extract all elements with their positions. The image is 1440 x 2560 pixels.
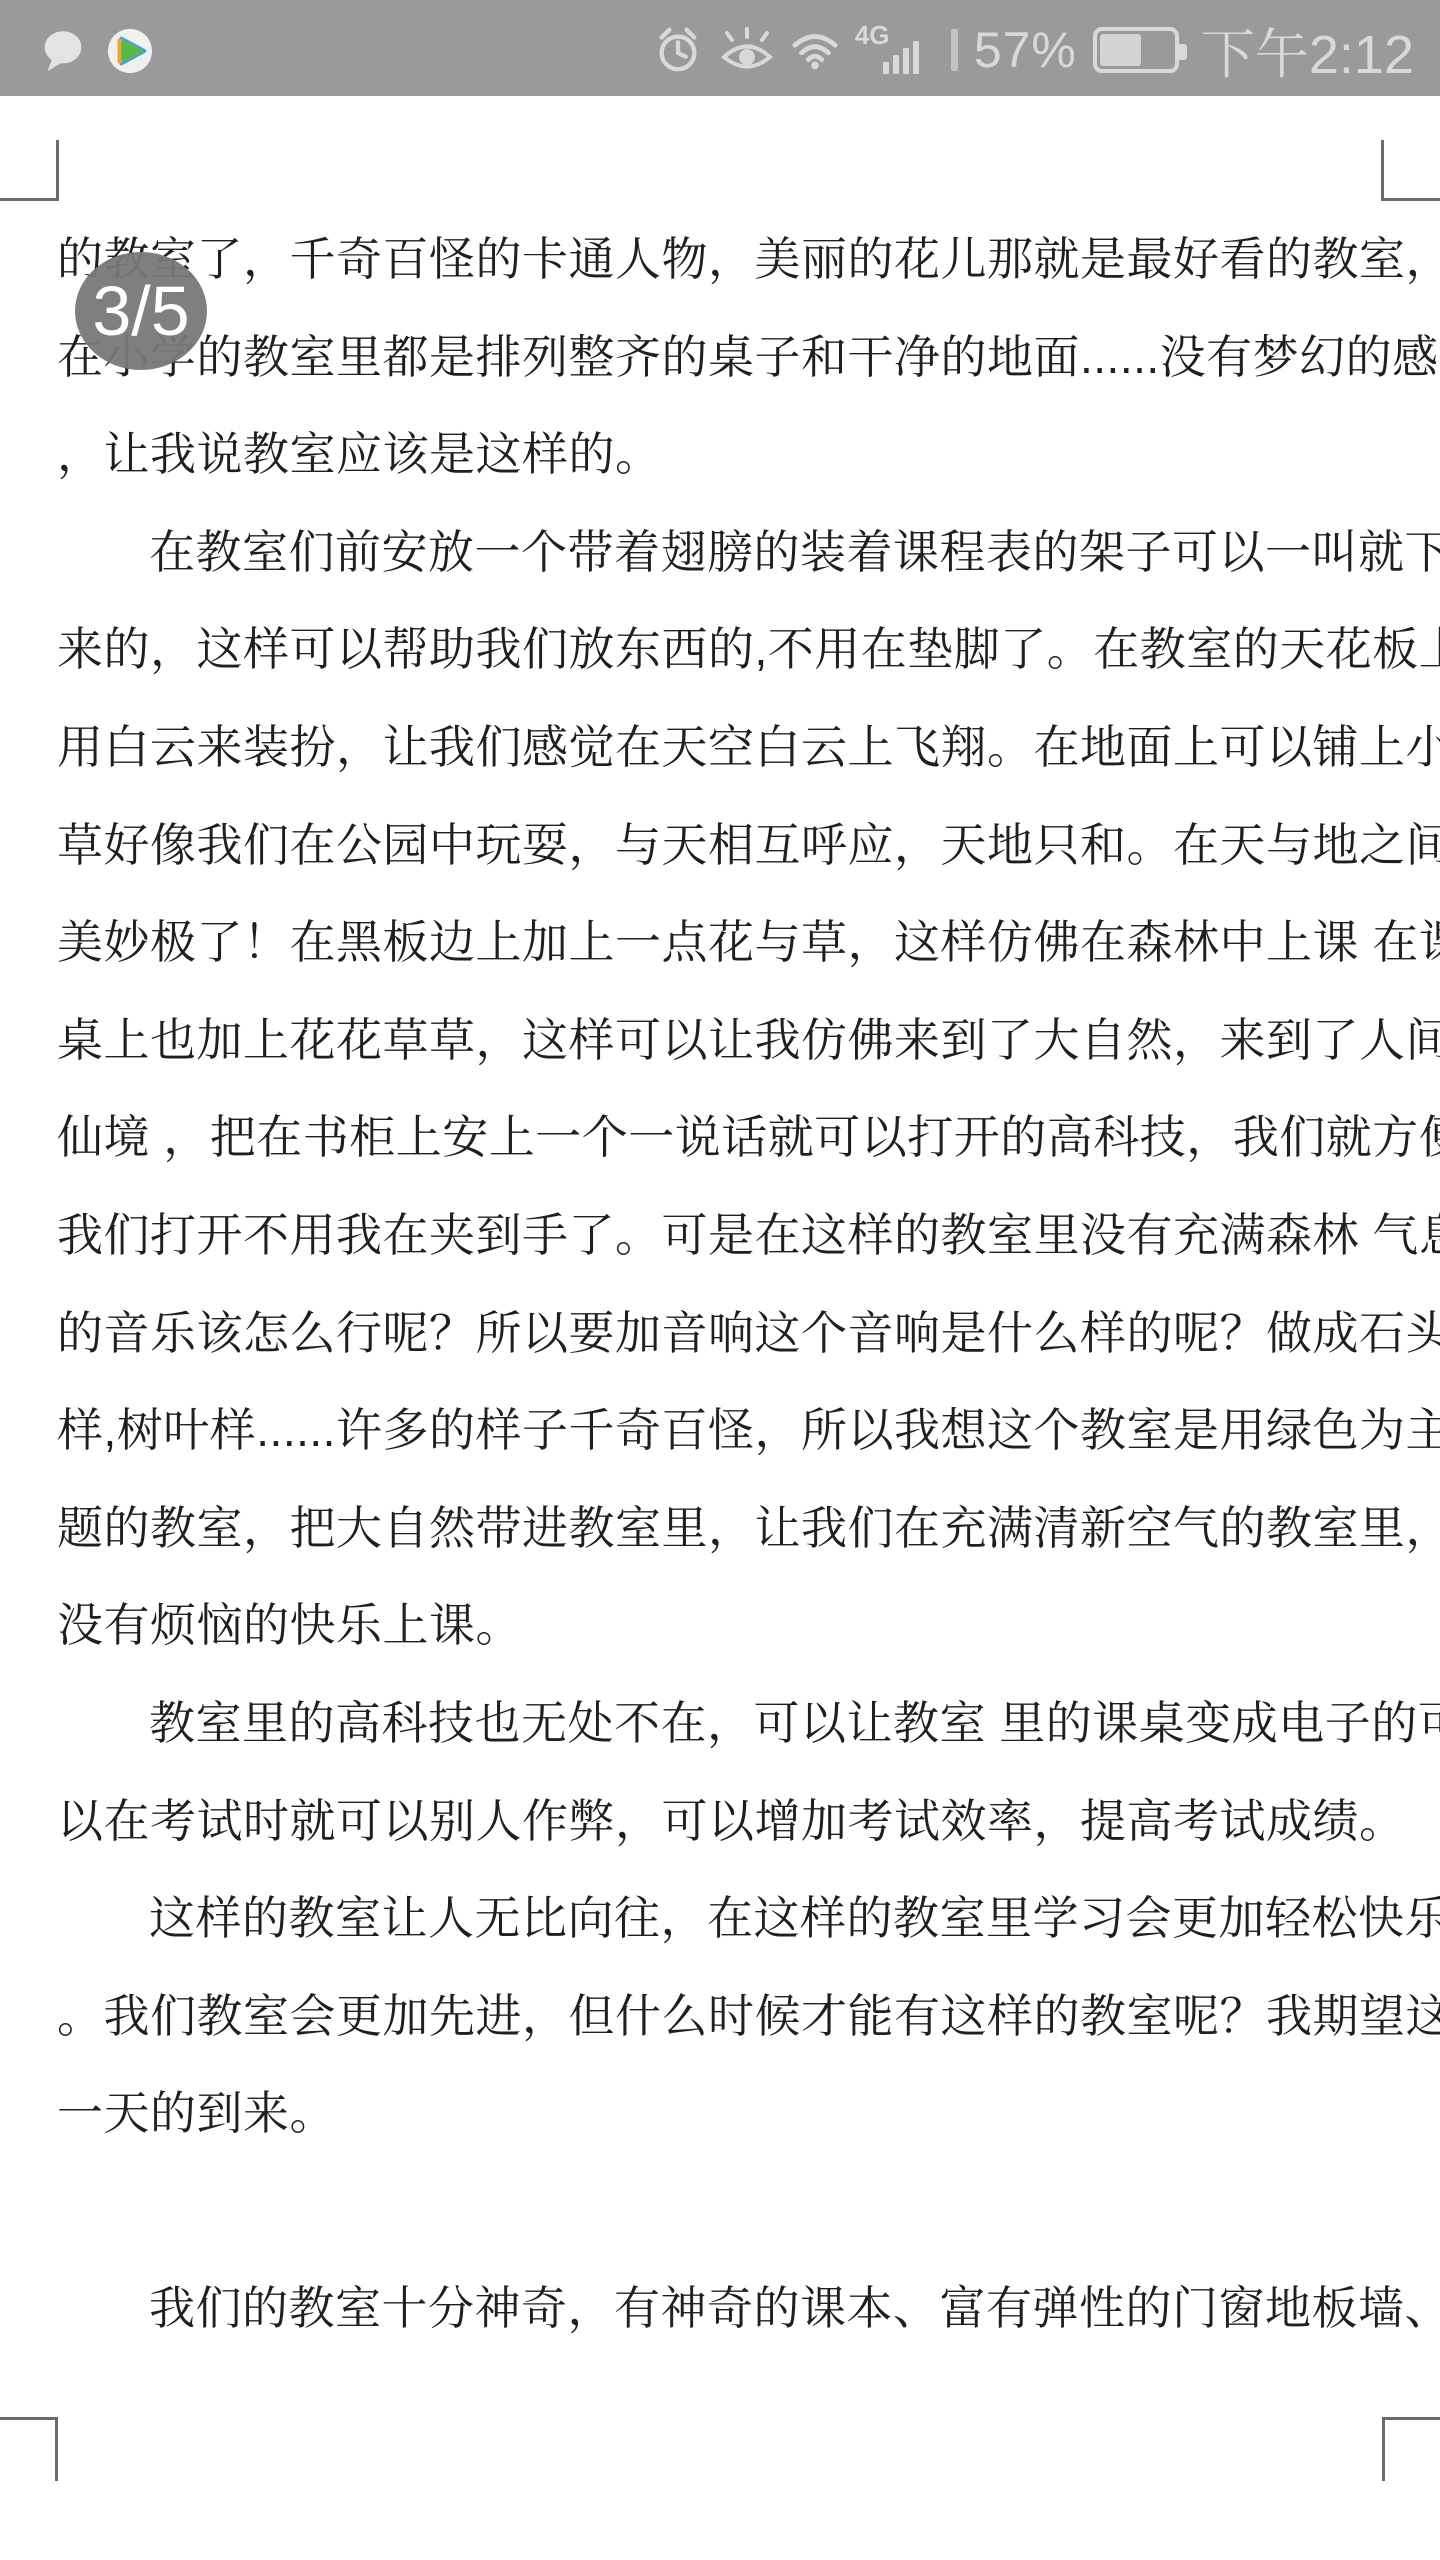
chat-bubble-icon [40,28,86,74]
text-line: 在小学的教室里都是排列整齐的桌子和干净的地面......没有梦幻的感觉 [57,309,1391,407]
text-line: 来的，这样可以帮助我们放东西的,不用在垫脚了。在教室的天花板上 [57,601,1391,699]
battery-icon [1093,27,1179,73]
text-line: 仙境 ，把在书柜上安上一个一说话就可以打开的高科技，我们就方便 [57,1089,1391,1187]
text-line: 样,树叶样......许多的样子千奇百怪，所以我想这个教室是用绿色为主 [57,1382,1391,1480]
status-indicators: 4G 57% 下午2:12 [653,12,1414,89]
text-line: 美妙极了！在黑板边上加上一点花与草，这样仿佛在森林中上课 在课 [57,894,1391,992]
text-line: 桌上也加上花花草草，这样可以让我仿佛来到了大自然，来到了人间 [57,992,1391,1090]
document-page-content[interactable]: 的教室了，千奇百怪的卡通人物，美丽的花儿那就是最好看的教室， 在小学的教室里都是… [57,211,1391,2358]
alarm-icon [653,24,703,76]
status-bar: 4G 57% 下午2:12 [0,0,1440,96]
page-corner-mark-top-left [0,140,59,201]
text-line: 的音乐该怎么行呢？所以要加音响这个音响是什么样的呢？做成石头 [57,1285,1391,1383]
eye-comfort-icon [719,25,775,75]
status-divider-bar [951,29,958,71]
phone-screen: 4G 57% 下午2:12 3/5 的教室了，千奇百怪的卡通人物，美丽的花儿那就… [0,0,1440,2560]
notification-area [40,27,154,75]
text-line: 用白云来装扮，让我们感觉在天空白云上飞翔。在地面上可以铺上小 [57,699,1391,797]
text-line: 题的教室，把大自然带进教室里，让我们在充满清新空气的教室里， [57,1480,1391,1578]
page-indicator-badge: 3/5 [75,252,207,370]
text-line: 。我们教室会更加先进，但什么时候才能有这样的教室呢？我期望这 [57,1968,1391,2066]
page-corner-mark-bottom-left [0,2417,58,2481]
text-line: 我们的教室十分神奇，有神奇的课本、富有弹性的门窗地板墙、 [57,2260,1391,2358]
text-line: 草好像我们在公园中玩耍，与天相互呼应，天地只和。在天与地之间 [57,797,1391,895]
wifi-icon [791,28,839,72]
battery-percent: 57% [974,21,1077,79]
text-line: 我们打开不用我在夹到手了。可是在这样的教室里没有充满森林 气息 [57,1187,1391,1285]
page-indicator-label: 3/5 [92,271,189,351]
battery-tip [1179,44,1187,60]
text-line [57,2163,1391,2261]
text-line: 这样的教室让人无比向往，在这样的教室里学习会更加轻松快乐 [57,1870,1391,1968]
text-line: 教室里的高科技也无处不在，可以让教室 里的课桌变成电子的可 [57,1675,1391,1773]
text-line: 以在考试时就可以别人作弊，可以增加考试效率，提高考试成绩。 [57,1773,1391,1871]
video-play-app-icon [106,27,154,75]
text-line: ，让我说教室应该是这样的。 [57,406,1391,504]
text-line: 在教室们前安放一个带着翅膀的装着课程表的架子可以一叫就下 [57,504,1391,602]
text-line: 的教室了，千奇百怪的卡通人物，美丽的花儿那就是最好看的教室， [57,211,1391,309]
signal-bars-icon [883,41,919,74]
text-line: 没有烦恼的快乐上课。 [57,1577,1391,1675]
page-corner-mark-bottom-right [1382,2417,1440,2481]
text-line: 一天的到来。 [57,2065,1391,2163]
battery-fill [1100,34,1141,66]
clock-time: 下午2:12 [1201,12,1414,89]
page-corner-mark-top-right [1381,140,1440,201]
cell-signal-unit: 4G [855,22,933,78]
